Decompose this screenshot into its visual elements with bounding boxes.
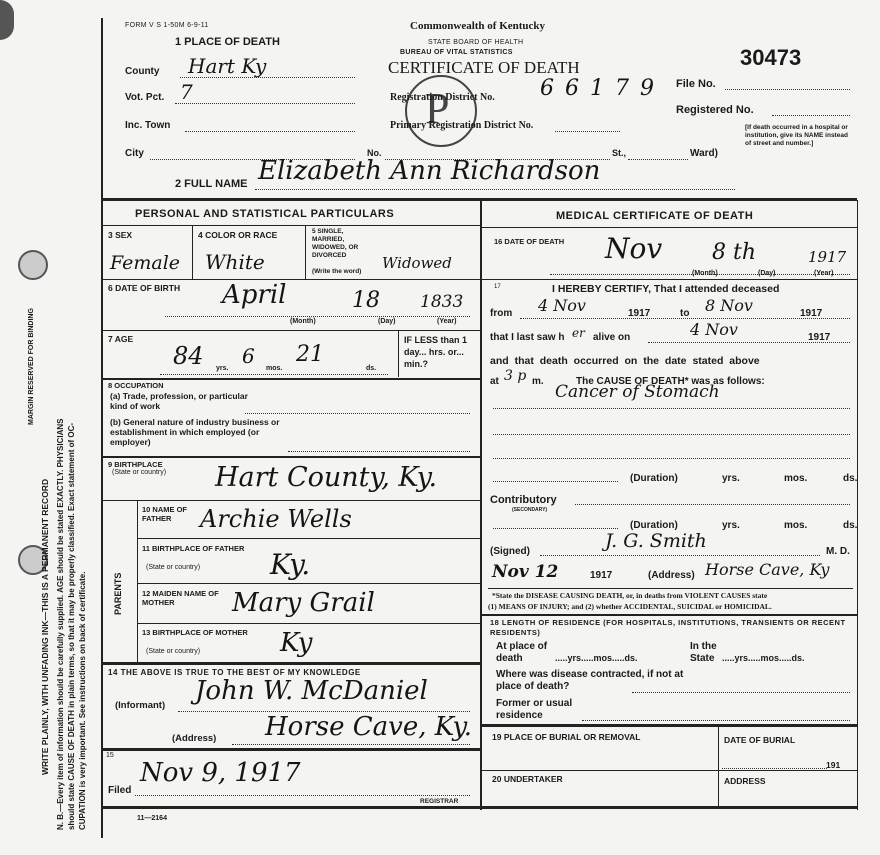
st-field	[628, 146, 688, 160]
age-label: 7 AGE	[108, 334, 133, 344]
registration-district-label: Registration District No.	[390, 92, 495, 103]
date-of-death-year: 1917	[808, 248, 846, 266]
dob-month: April	[222, 280, 286, 310]
alive-on-label: alive on	[593, 332, 630, 343]
age-years: 84	[173, 342, 204, 370]
certificate-number: 30473	[740, 45, 801, 71]
sex-label: 3 SEX	[108, 230, 132, 240]
rule	[102, 225, 480, 226]
dob-day: 18	[352, 288, 380, 313]
rule	[305, 226, 306, 279]
footnote-line-1: *State the DISEASE CAUSING DEATH, or, in…	[492, 591, 767, 600]
dob-year: 1833	[420, 292, 463, 312]
city-label: City	[125, 148, 144, 159]
rule	[137, 500, 138, 662]
contracted-field[interactable]	[632, 682, 850, 693]
m-label: m.	[532, 376, 544, 387]
frame-left	[101, 18, 103, 838]
rule	[137, 583, 480, 584]
rule	[102, 500, 480, 501]
primary-registration-label: Primary Registration District No.	[390, 120, 533, 131]
place-of-death-label: 1 PLACE OF DEATH	[175, 36, 280, 48]
informant-label: (Informant)	[115, 700, 165, 711]
rule	[482, 227, 857, 228]
day-caption: (Day)	[378, 318, 396, 325]
margin-reserved-text: MARGIN RESERVED FOR BINDING	[28, 308, 35, 425]
dod-month-caption: (Month)	[692, 270, 718, 277]
residence-state-units: .....yrs.....mos.....ds.	[722, 653, 805, 663]
physician-address-label: (Address)	[648, 570, 695, 581]
rule	[398, 331, 399, 377]
burial-year-prefix: 191	[826, 760, 840, 770]
from-year: 1917	[628, 308, 650, 319]
mother-birthplace-hint: (State or country)	[146, 648, 200, 655]
medical-section-title: MEDICAL CERTIFICATE OF DEATH	[556, 210, 753, 222]
age-months: 6	[242, 344, 255, 368]
rule	[192, 226, 193, 279]
occupation-b-field[interactable]	[288, 441, 470, 452]
filed-value: Nov 9, 1917	[140, 758, 301, 788]
cause-line-3[interactable]	[493, 448, 850, 459]
rule	[137, 538, 480, 539]
at-value: 3 p	[504, 368, 526, 384]
rule	[482, 724, 857, 727]
birthplace-hint: (State or country)	[112, 469, 166, 476]
certificate-title: CERTIFICATE OF DEATH	[388, 58, 580, 78]
registered-no-field	[772, 102, 850, 116]
less-than-day-label: IF LESS than 1 day... hrs. or... min.?	[404, 334, 478, 370]
marital-hint: (Write the word)	[312, 268, 361, 275]
informant-address-value: Horse Cave, Ky.	[265, 712, 472, 742]
alive-on-year: 1917	[808, 332, 830, 343]
former-residence-field[interactable]	[582, 710, 850, 721]
file-no-field	[725, 76, 850, 90]
date-of-death-month: Nov	[605, 232, 662, 265]
personal-section-title: PERSONAL AND STATISTICAL PARTICULARS	[135, 208, 394, 220]
signed-year: 1917	[590, 570, 612, 581]
dob-label: 6 DATE OF BIRTH	[108, 283, 180, 293]
state-board-label: STATE BOARD OF HEALTH	[428, 39, 523, 46]
bottom-rule	[102, 806, 857, 809]
punch-hole-top	[18, 250, 48, 280]
rule	[102, 662, 480, 665]
duration-lead	[493, 471, 618, 482]
frame-right	[857, 200, 858, 810]
father-name-label: 10 NAME OF FATHER	[142, 505, 202, 523]
commonwealth-title: Commonwealth of Kentucky	[410, 20, 545, 32]
burial-date-field[interactable]	[722, 758, 827, 769]
registered-no-label: Registered No.	[676, 104, 754, 116]
secondary-label: (SECONDARY)	[512, 507, 547, 513]
undertaker-label: 20 UNDERTAKER	[492, 774, 563, 784]
parents-label: PARENTS	[113, 573, 123, 615]
rule	[488, 588, 853, 589]
duration-yrs-2: yrs.	[722, 520, 740, 531]
footnote-line-2: (1) MEANS OF INJURY; and (2) whether ACC…	[488, 602, 772, 611]
date-of-death-label: 16 DATE OF DEATH	[494, 237, 564, 246]
ward-label: Ward)	[690, 148, 718, 159]
former-residence-label: Former or usual residence	[496, 698, 576, 722]
registrar-label: REGISTRAR	[420, 798, 458, 805]
rule	[102, 279, 480, 280]
md-label: M. D.	[826, 546, 850, 557]
residence-label: 18 LENGTH OF RESIDENCE (FOR HOSPITALS, I…	[490, 618, 852, 638]
marital-value: Widowed	[382, 254, 452, 272]
vot-pct-field	[175, 90, 355, 104]
vot-pct-value: 7	[180, 80, 193, 104]
rule	[102, 456, 480, 458]
age-days: 21	[296, 342, 324, 367]
instruction-note-line2: should state CAUSE OF DEATH in plain ter…	[67, 423, 76, 830]
instruction-note-line1: N. B.—Every item of information should b…	[56, 419, 65, 830]
binding-shadow	[0, 0, 14, 40]
signed-value: J. G. Smith	[605, 530, 707, 552]
dod-day-caption: (Day)	[758, 270, 776, 277]
rule	[482, 279, 857, 280]
mother-birthplace-value: Ky	[280, 628, 312, 658]
date-of-death-day: 8 th	[712, 240, 756, 265]
county-label: County	[125, 66, 159, 77]
occupation-a-label: (a) Trade, profession, or particular kin…	[110, 391, 260, 411]
occupation-a-field[interactable]	[245, 403, 470, 414]
full-name-label: 2 FULL NAME	[175, 178, 248, 190]
dod-year-caption: (Year)	[814, 270, 833, 277]
from-label: from	[490, 308, 512, 319]
primary-registration-field	[555, 118, 620, 132]
marital-label: 5 SINGLE, MARRIED, WIDOWED, OR DIVORCED	[312, 228, 377, 260]
rule	[137, 623, 480, 624]
color-label: 4 COLOR OR RACE	[198, 230, 277, 240]
filed-label: Filed	[108, 785, 131, 796]
alive-on-value: 4 Nov	[690, 320, 738, 339]
duration-lead-2	[493, 518, 618, 529]
form-footer-number: 11—2164	[137, 815, 167, 822]
cause-line-2[interactable]	[493, 424, 850, 435]
mother-name-value: Mary Grail	[232, 588, 375, 618]
field-17-label: 17	[494, 284, 501, 290]
duration-label: (Duration)	[630, 473, 678, 484]
duration-yrs: yrs.	[722, 473, 740, 484]
rule	[102, 378, 480, 380]
informant-address-label: (Address)	[172, 733, 216, 744]
hospital-note: [If death occurred in a hospital or inst…	[745, 124, 855, 148]
center-divider	[480, 200, 482, 810]
st-label: St.,	[612, 148, 626, 158]
father-birthplace-value: Ky.	[270, 548, 310, 581]
inc-town-label: Inc. Town	[125, 120, 170, 131]
signed-label: (Signed)	[490, 546, 530, 557]
to-label: to	[680, 308, 689, 319]
cause-value: Cancer of Stomach	[555, 382, 720, 402]
registration-district-value: 6 6 1 7 9	[540, 76, 656, 101]
rule	[102, 748, 480, 751]
yrs-label: yrs.	[216, 365, 228, 372]
duration-mos: mos.	[784, 473, 807, 484]
informant-value: John W. McDaniel	[195, 676, 428, 706]
duration-ds: ds.	[843, 473, 857, 484]
contributory-label: Contributory	[490, 494, 557, 506]
instruction-note-line3: CUPATION is very important. See instruct…	[78, 572, 87, 830]
occupation-label: 8 OCCUPATION	[108, 381, 164, 390]
month-caption: (Month)	[290, 318, 316, 325]
father-name-value: Archie Wells	[200, 505, 352, 533]
burial-date-label: DATE OF BURIAL	[724, 735, 795, 745]
ds-label: ds.	[366, 365, 376, 372]
duration-ds-2: ds.	[843, 520, 857, 531]
vot-pct-label: Vot. Pct.	[125, 92, 164, 103]
last-saw-pronoun: er	[572, 326, 585, 340]
signed-date: Nov 12	[492, 562, 558, 582]
birthplace-value: Hart County, Ky.	[215, 462, 437, 493]
sex-value: Female	[110, 252, 180, 274]
father-birthplace-hint: (State or country)	[146, 564, 200, 571]
form-number: FORM V S 1-50M 6-9-11	[125, 22, 209, 29]
residence-place-units: .....yrs.....mos.....ds.	[555, 653, 638, 663]
last-saw-label: that I last saw h	[490, 332, 564, 343]
bureau-label: BUREAU OF VITAL STATISTICS	[400, 49, 513, 56]
county-value: Hart Ky	[188, 54, 266, 78]
burial-place-label: 19 PLACE OF BURIAL OR REMOVAL	[492, 732, 640, 742]
year-caption: (Year)	[437, 318, 456, 325]
contributory-field[interactable]	[575, 494, 850, 505]
rule	[482, 614, 857, 616]
field-15-label: 15	[106, 752, 114, 759]
father-birthplace-label: 11 BIRTHPLACE OF FATHER	[142, 544, 252, 553]
from-value: 4 Nov	[538, 296, 586, 315]
physician-address-value: Horse Cave, Ky	[705, 560, 829, 579]
to-year: 1917	[800, 308, 822, 319]
inc-town-field	[185, 118, 355, 132]
full-name-value: Elizabeth Ann Richardson	[258, 156, 600, 186]
certify-text: I HEREBY CERTIFY, That I attended deceas…	[552, 283, 779, 295]
duration-mos-2: mos.	[784, 520, 807, 531]
undertaker-address-label: ADDRESS	[724, 776, 766, 786]
color-value: White	[205, 250, 265, 274]
file-no-label: File No.	[676, 78, 716, 90]
rule	[102, 330, 480, 331]
at-label: at	[490, 376, 499, 387]
occurred-text: and that death occurred on the date stat…	[490, 355, 760, 367]
occupation-b-label: (b) General nature of industry business …	[110, 417, 290, 447]
write-plainly-text: WRITE PLAINLY, WITH UNFADING INK—THIS IS…	[40, 479, 50, 775]
rule	[718, 727, 719, 807]
to-value: 8 Nov	[705, 296, 753, 315]
mos-label: mos.	[266, 365, 282, 372]
mother-birthplace-label: 13 BIRTHPLACE OF MOTHER	[142, 628, 252, 637]
birthplace-label: 9 BIRTHPLACE	[108, 460, 163, 469]
registration-stamp: P	[405, 75, 477, 147]
rule	[482, 770, 857, 771]
